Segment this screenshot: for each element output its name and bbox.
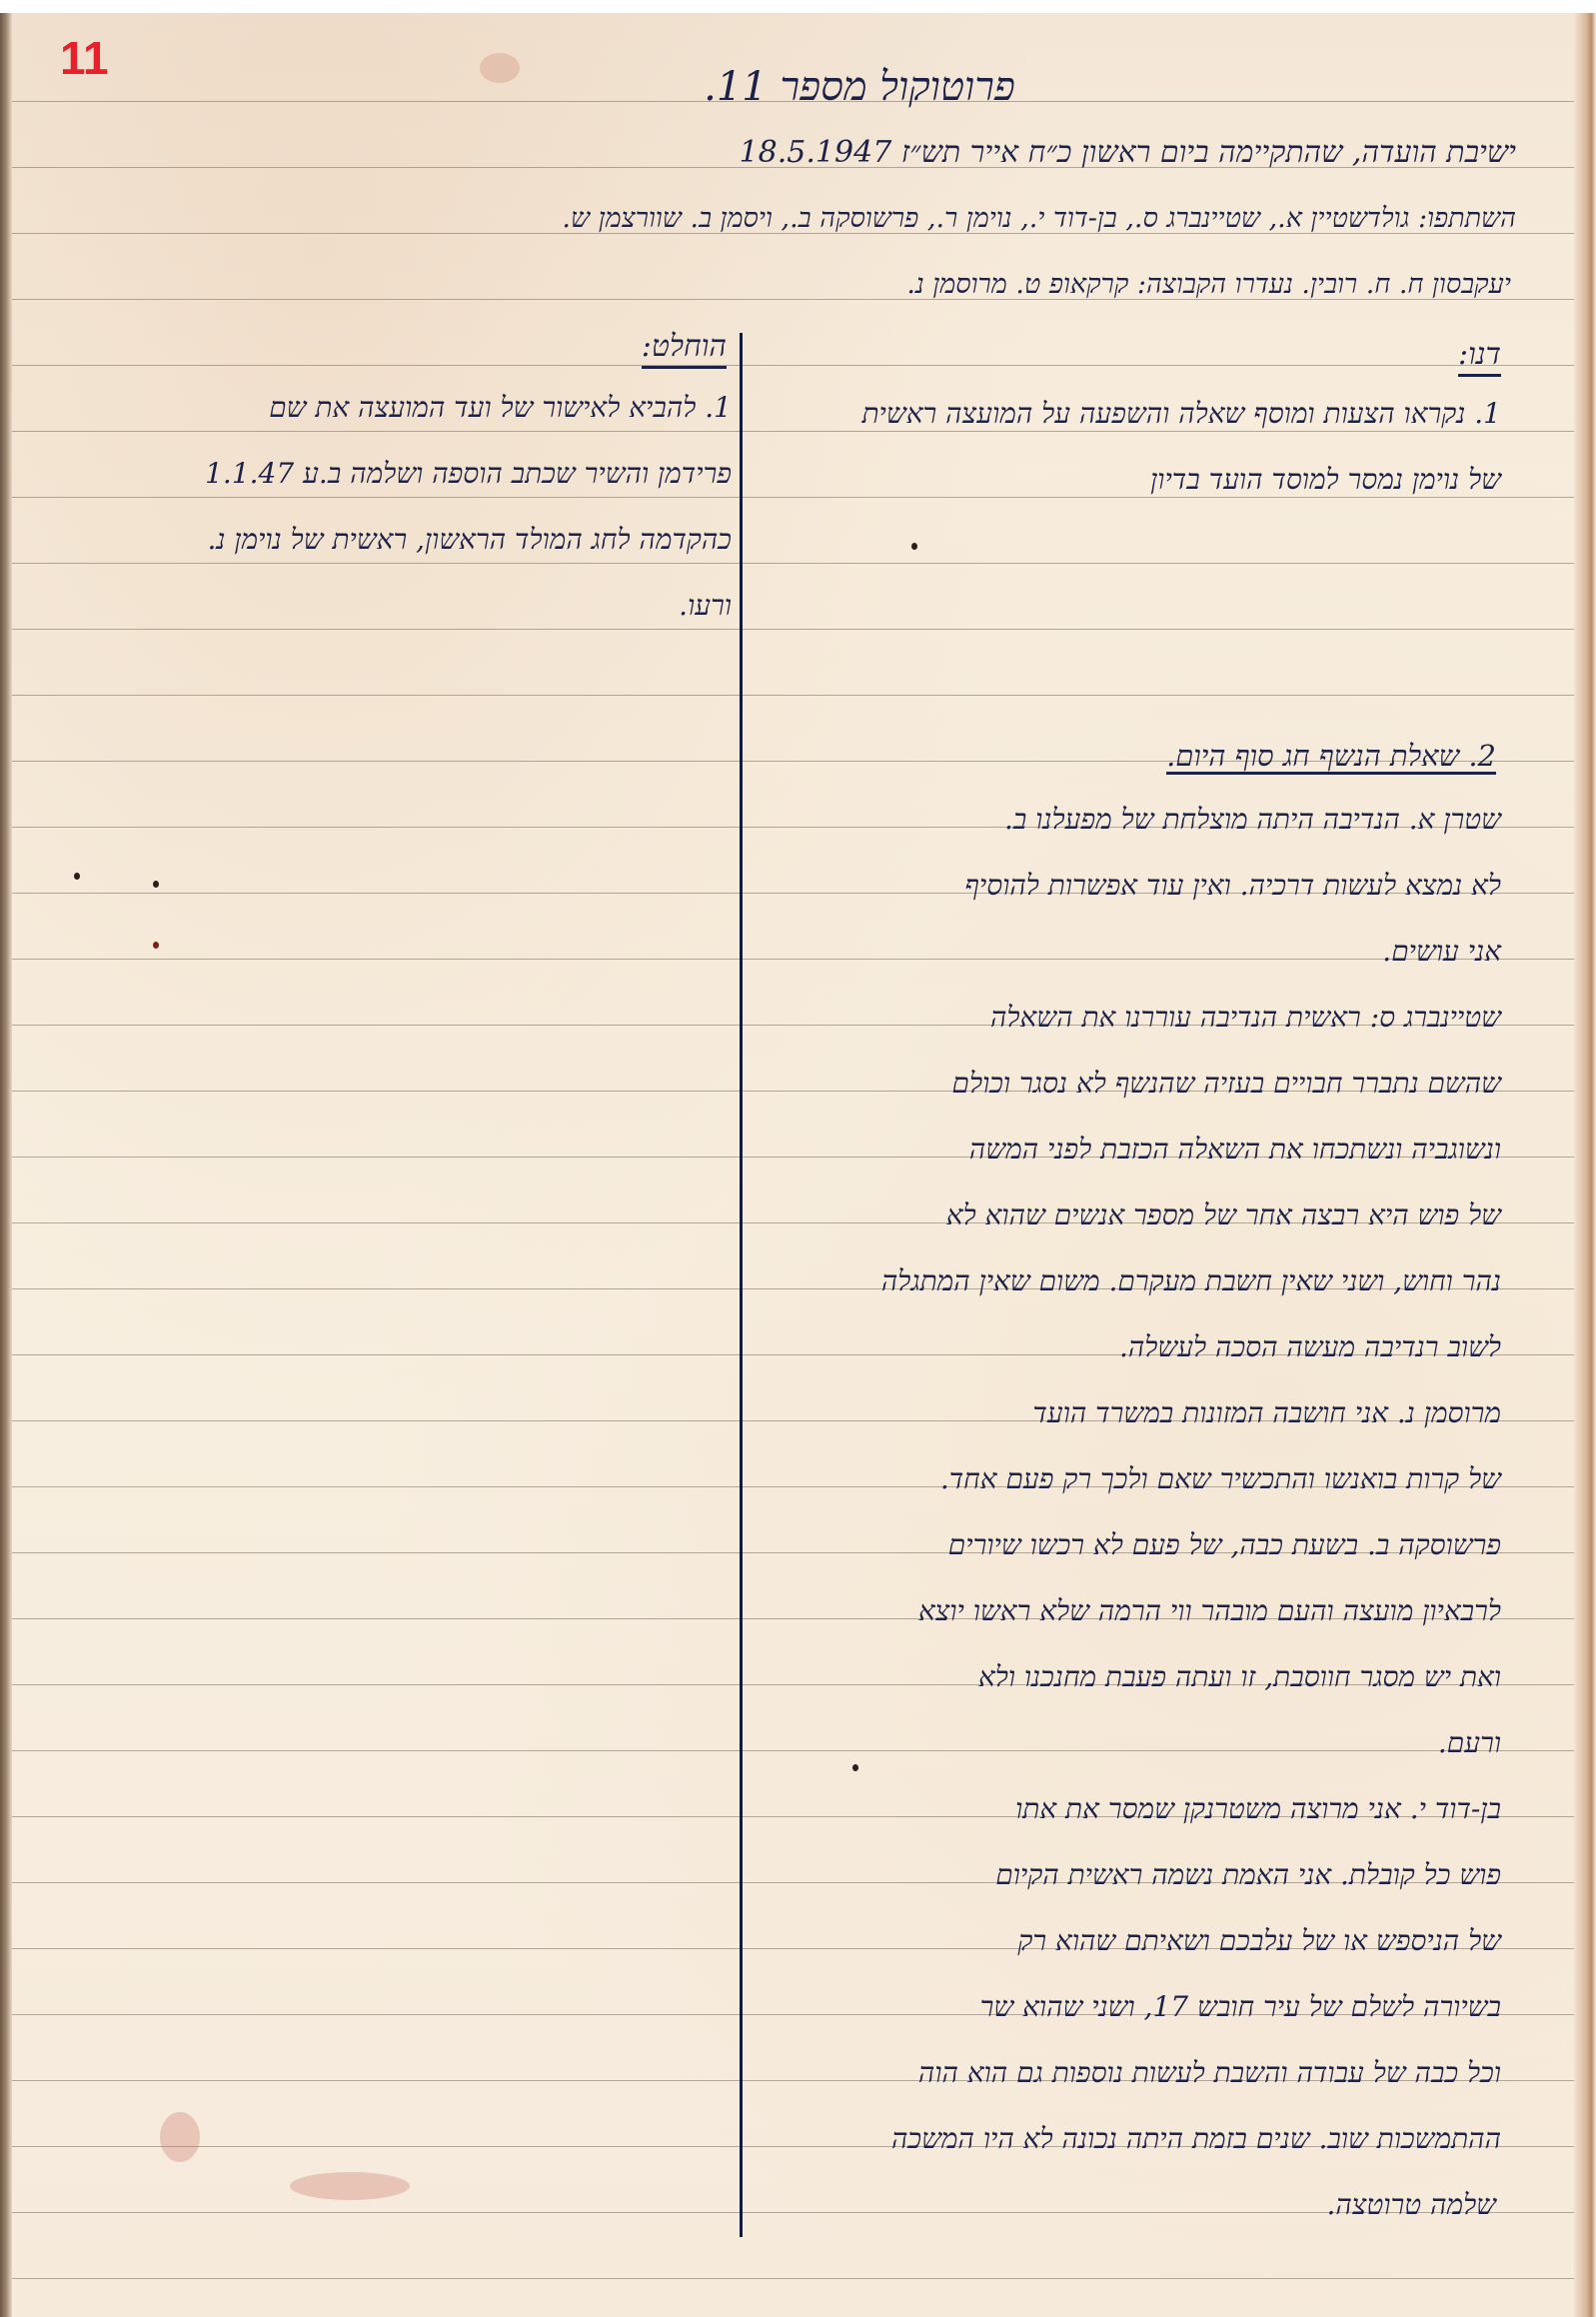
ruled-line xyxy=(12,695,1574,696)
speech-line: ההתמשכות שוב. שנים בזמת היתה נכונה לא הי… xyxy=(891,2122,1501,2156)
page-edge xyxy=(1574,13,1596,2317)
speech-line: שהשם נתברר חבויים בעזיה שהנשף לא נסגר וכ… xyxy=(952,1067,1501,1101)
speech-line: שטרן א. הנדיבה היתה מוצלחת של מפעלנו ב. xyxy=(1004,803,1501,837)
notebook-page: 11 פרוטוקול מספר 11. ישיבת הועדה, שהתקיי… xyxy=(0,13,1596,2317)
speech-line: ואת יש מסגר חווסבת, זו ועתה פעבת מחנכנו … xyxy=(978,1660,1501,1694)
speech-line: לשוב רנדיבה מעשה הסכה לעשלה. xyxy=(1119,1330,1501,1364)
ink-speck xyxy=(153,881,159,888)
speech-line: ורעם. xyxy=(1438,1726,1501,1760)
page-number: 11 xyxy=(60,35,109,81)
paper-stain xyxy=(160,2112,200,2162)
ink-speck xyxy=(153,942,159,949)
ink-speck xyxy=(74,873,80,880)
ruled-line xyxy=(12,431,1574,432)
decided-heading: הוחלט: xyxy=(642,329,727,369)
speech-line: אני עושים. xyxy=(1382,935,1501,969)
speech-line: נהר וחוש, ושני שאין חשבת מעקרם. משום שאי… xyxy=(881,1264,1501,1298)
decided-item-line: 1. להביא לאישור של ועד המועצה את שם xyxy=(269,391,732,425)
speech-line: פרשוסקה ב. בשעת כבה, של פעם לא רכשו שיור… xyxy=(948,1528,1501,1562)
speech-line: של פוש היא רבצה אחר של מספר אנשים שהוא ל… xyxy=(946,1198,1501,1232)
decided-item-line: ורעו. xyxy=(679,589,732,623)
ruled-line xyxy=(12,497,1574,498)
ruled-line xyxy=(12,1750,1574,1751)
decided-item-line: פרידמן והשיר שכתב הוספה ושלמה ב.ע 1.1.47 xyxy=(205,457,732,491)
discussed-heading: דנו: xyxy=(1458,337,1501,377)
speech-line: לא נמצא לעשות דרכיה. ואין עוד אפשרות להו… xyxy=(964,869,1501,903)
decided-item-line: כהקדמה לחג המולד הראשון, ראשית של נוימן … xyxy=(207,523,732,557)
ruled-line xyxy=(12,629,1574,630)
discussed-item-line: 1. נקראו הצעות ומוסף שאלה והשפעה על המוע… xyxy=(861,397,1501,431)
binding-edge xyxy=(0,13,12,2317)
attendees-line-2: יעקבסון ח. ח. רובין. נעדרו הקבוצה: קרקאו… xyxy=(906,269,1511,300)
speech-line: שטיינברג ס: ראשית הנדיבה עוררנו את השאלה xyxy=(990,1001,1501,1035)
speech-line: לרבאיון מועצה והעם מובהר ווי הרמה שלא רא… xyxy=(918,1594,1501,1628)
speech-line: מרוסמן נ. אני חושבה המזונות במשרד הועד xyxy=(1032,1396,1501,1430)
ruled-line xyxy=(12,563,1574,564)
speech-line: שלמה טרוטצה. xyxy=(1326,2188,1496,2222)
speech-line: בשיורה לשלם של עיר חובש 17, ושני שהוא שר xyxy=(980,1990,1501,2024)
paper-stain xyxy=(480,53,520,83)
ruled-line xyxy=(12,959,1574,960)
page-title: פרוטוקול מספר 11. xyxy=(700,63,1019,110)
column-divider xyxy=(740,333,743,2237)
ink-speck xyxy=(852,1764,858,1771)
speech-line: של קרות בואנשו והתכשיר שאם ולכך רק פעם א… xyxy=(940,1462,1501,1496)
discussed-item-line: של נוימן נמסר למוסד הועד בדיון xyxy=(1150,463,1501,497)
speech-line: פוש כל קובלת. אני האמת נשמה ראשית הקיום xyxy=(995,1858,1501,1892)
speech-line: בן-דוד י. אני מרוצה משטרנקן שמסר את אתו xyxy=(1015,1792,1501,1826)
paper-stain xyxy=(290,2172,410,2200)
attendees-line-1: השתתפו: גולדשטיין א., שטיינברג ס., בן-דו… xyxy=(562,203,1516,234)
speech-line: של הניספש או של עלבכם ושאיתם שהוא רק xyxy=(1017,1924,1501,1958)
ink-speck xyxy=(911,543,917,550)
meeting-info-line: ישיבת הועדה, שהתקיימה ביום ראשון כ״ח איי… xyxy=(740,135,1516,170)
agenda-item-title: 2. שאלת הנשף חג סוף היום. xyxy=(1166,739,1496,774)
ruled-line xyxy=(12,2278,1574,2279)
speech-line: וכל כבה של עבודה והשבת לעשות נוספות גם ה… xyxy=(918,2056,1501,2090)
ruled-line xyxy=(12,365,1574,366)
speech-line: ונשוגביה ונשתכחו את השאלה הכזבת לפני המש… xyxy=(969,1133,1501,1166)
